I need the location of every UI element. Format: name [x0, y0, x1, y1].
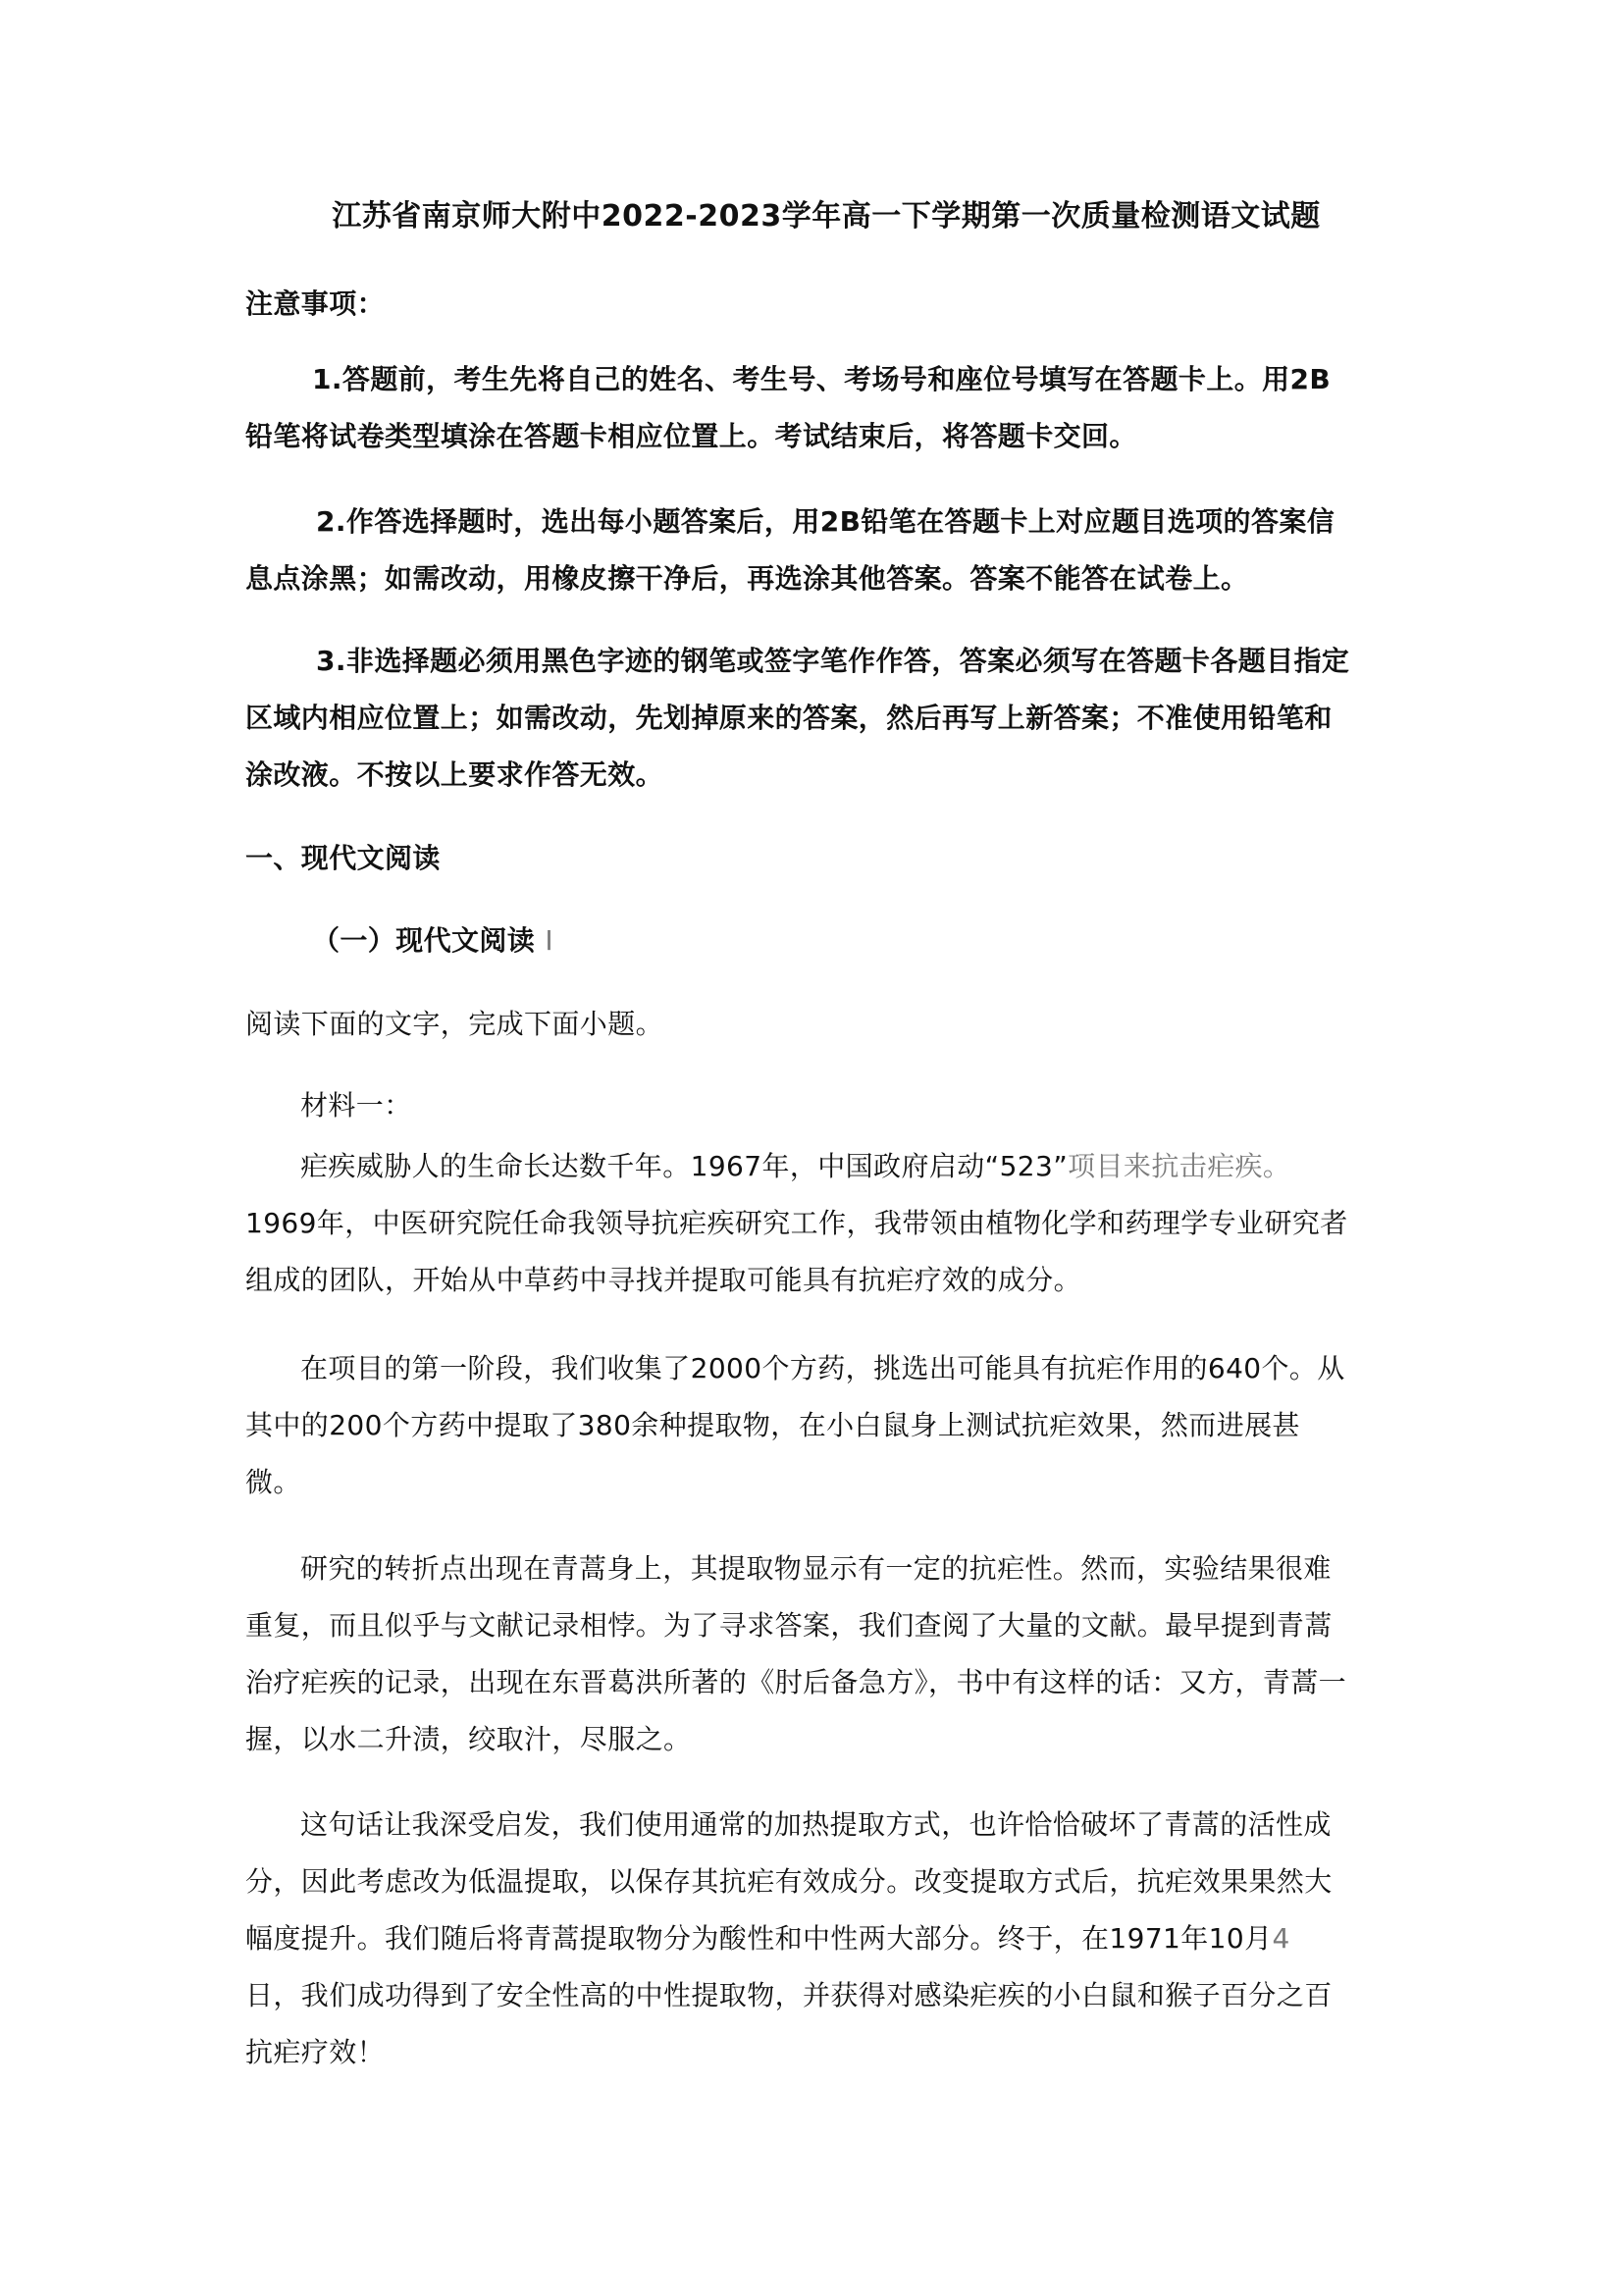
notice-heading: 注意事项：	[245, 287, 385, 321]
notice-item-3-line-1: 3.非选择题必须用黑色字迹的钢笔或签字笔作作答，答案必须写在答题卡各题目指定	[316, 645, 1349, 678]
paragraph-1-line-1-text: 疟疾威胁人的生命长达数千年。1967年，中国政府启动“523”	[300, 1150, 1068, 1182]
paragraph-1-line-3: 组成的团队，开始从中草药中寻找并提取可能具有抗疟疗效的成分。	[245, 1264, 1081, 1297]
notice-item-3-line-3: 涂改液。不按以上要求作答无效。	[245, 758, 663, 792]
paragraph-3-line-4: 握，以水二升渍，绞取汁，尽服之。	[245, 1723, 691, 1756]
section-heading: 一、现代文阅读	[245, 842, 441, 875]
paragraph-4-line-4: 日，我们成功得到了安全性高的中性提取物，并获得对感染疟疾的小白鼠和猴子百分之百	[245, 1979, 1333, 2012]
paragraph-4-line-3: 幅度提升。我们随后将青蒿提取物分为酸性和中性两大部分。终于，在1971年10月4	[245, 1922, 1290, 1956]
notice-item-2-line-1: 2.作答选择题时，选出每小题答案后，用2B铅笔在答题卡上对应题目选项的答案信	[316, 505, 1335, 539]
paragraph-3-line-2: 重复，而且似乎与文献记录相悖。为了寻求答案，我们查阅了大量的文献。最早提到青蒿	[245, 1609, 1333, 1643]
paragraph-4-line-1: 这句话让我深受启发，我们使用通常的加热提取方式，也许恰恰破坏了青蒿的活性成	[300, 1808, 1332, 1842]
paragraph-4-line-3-text: 幅度提升。我们随后将青蒿提取物分为酸性和中性两大部分。终于，在1971年10月	[245, 1922, 1273, 1955]
paragraph-2-line-3: 微。	[245, 1466, 301, 1499]
subsection-heading: （一）现代文阅读 I	[312, 924, 553, 958]
material-label: 材料一：	[300, 1089, 412, 1122]
notice-item-1-line-1: 1.答题前，考生先将自己的姓名、考生号、考场号和座位号填写在答题卡上。用2B	[312, 363, 1331, 396]
instruction-text: 阅读下面的文字，完成下面小题。	[245, 1008, 663, 1041]
paragraph-4-gray-day: 4	[1273, 1922, 1290, 1955]
paragraph-4-line-5: 抗疟疗效！	[245, 2036, 385, 2069]
subsection-numeral: I	[545, 924, 553, 957]
paragraph-3-line-1: 研究的转折点出现在青蒿身上，其提取物显示有一定的抗疟性。然而，实验结果很难	[300, 1552, 1332, 1586]
paragraph-1-line-2: 1969年，中医研究院任命我领导抗疟疾研究工作，我带领由植物化学和药理学专业研究…	[245, 1207, 1348, 1240]
subsection-heading-text: （一）现代文阅读	[312, 924, 535, 957]
notice-item-1-line-2: 铅笔将试卷类型填涂在答题卡相应位置上。考试结束后，将答题卡交回。	[245, 420, 1137, 453]
document-page: 江苏省南京师大附中2022-2023学年高一下学期第一次质量检测语文试题 注意事…	[0, 0, 1623, 2296]
paragraph-1-gray-tail: 项目来抗击疟疾。	[1068, 1150, 1290, 1182]
paragraph-2-line-2: 其中的200个方药中提取了380余种提取物，在小白鼠身上测试抗疟效果，然而进展甚	[245, 1409, 1300, 1442]
notice-item-3-line-2: 区域内相应位置上；如需改动，先划掉原来的答案，然后再写上新答案；不准使用铅笔和	[245, 702, 1333, 735]
paragraph-4-line-2: 分，因此考虑改为低温提取，以保存其抗疟有效成分。改变提取方式后，抗疟效果果然大	[245, 1865, 1333, 1899]
paragraph-1-line-1: 疟疾威胁人的生命长达数千年。1967年，中国政府启动“523”项目来抗击疟疾。	[300, 1150, 1290, 1183]
paragraph-2-line-1: 在项目的第一阶段，我们收集了2000个方药，挑选出可能具有抗疟作用的640个。从	[300, 1352, 1345, 1385]
notice-item-2-line-2: 息点涂黑；如需改动，用橡皮擦干净后，再选涂其他答案。答案不能答在试卷上。	[245, 562, 1248, 596]
paragraph-3-line-3: 治疗疟疾的记录，出现在东晋葛洪所著的《肘后备急方》，书中有这样的话：又方，青蒿一	[245, 1666, 1346, 1699]
document-title: 江苏省南京师大附中2022-2023学年高一下学期第一次质量检测语文试题	[0, 199, 1623, 235]
